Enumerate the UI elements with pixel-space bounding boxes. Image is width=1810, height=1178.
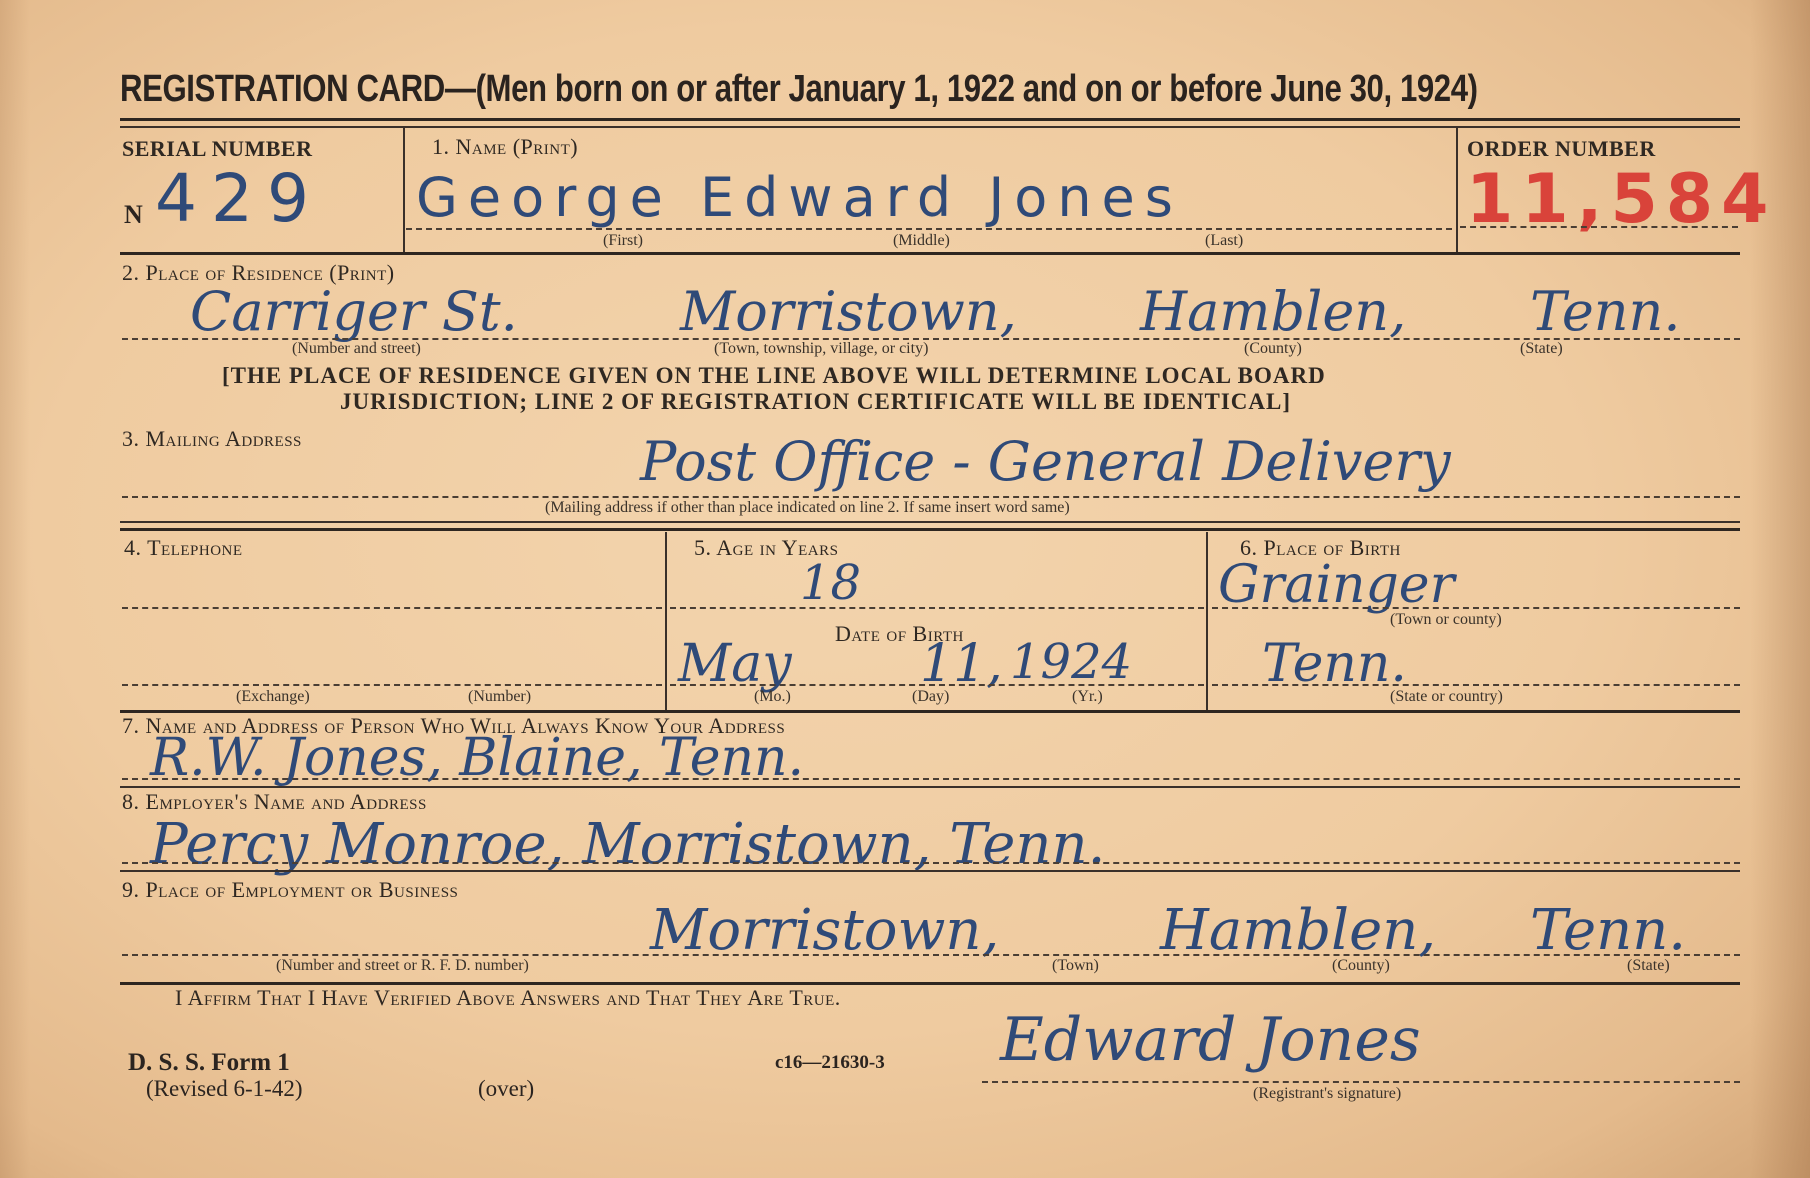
signature-line xyxy=(982,1081,1740,1083)
age-value: 18 xyxy=(800,555,861,611)
serial-number-label: SERIAL NUMBER xyxy=(122,136,312,162)
residence-street: Carriger St. xyxy=(190,280,518,343)
top-rule xyxy=(120,118,1740,121)
residence-state: Tenn. xyxy=(1530,280,1681,343)
employment-place-label: 9. Place of Employment or Business xyxy=(122,877,458,903)
row7-bottom-rule xyxy=(120,786,1740,788)
form-number: D. S. S. Form 1 xyxy=(128,1049,290,1077)
order-line xyxy=(1460,226,1738,228)
residence-county-sublabel: (County) xyxy=(1244,340,1302,358)
dob-day-sublabel: (Day) xyxy=(912,688,949,706)
residence-county: Hamblen, xyxy=(1140,280,1406,343)
name-line xyxy=(406,228,1452,230)
birthplace-state-sublabel: (State or country) xyxy=(1390,688,1503,706)
birthplace-town-line xyxy=(1212,607,1740,609)
divider-age-birthplace xyxy=(1206,532,1208,710)
employment-county-sublabel: (County) xyxy=(1332,957,1390,975)
over-note: (over) xyxy=(478,1076,534,1102)
telephone-line-2 xyxy=(122,684,662,686)
card-edge-shadow-left xyxy=(0,0,30,1178)
name-first-sublabel: (First) xyxy=(603,232,643,250)
residence-town-sublabel: (Town, township, village, or city) xyxy=(714,340,928,358)
serial-number-value: 429 xyxy=(155,160,323,237)
birthplace-town: Grainger xyxy=(1218,555,1454,615)
residence-notice-line1: [THE PLACE OF RESIDENCE GIVEN ON THE LIN… xyxy=(222,363,1326,389)
employer-value: Percy Monroe, Morristown, Tenn. xyxy=(150,812,1105,877)
residence-state-sublabel: (State) xyxy=(1520,340,1563,358)
dob-month-sublabel: (Mo.) xyxy=(754,688,791,706)
divider-name-order xyxy=(1456,128,1458,252)
divider-phone-age xyxy=(665,532,667,710)
age-line xyxy=(670,607,1204,609)
residence-street-sublabel: (Number and street) xyxy=(292,340,421,358)
telephone-exchange-sublabel: (Exchange) xyxy=(236,688,310,706)
affirmation-text: I Affirm That I Have Verified Above Answ… xyxy=(175,985,841,1011)
signature-sublabel: (Registrant's signature) xyxy=(1253,1085,1401,1103)
dob-year: 1924 xyxy=(1010,634,1132,690)
print-code: c16—21630-3 xyxy=(775,1052,885,1074)
registrant-signature: Edward Jones xyxy=(1000,1005,1421,1075)
employment-street-sublabel: (Number and street or R. F. D. number) xyxy=(276,957,529,975)
name-middle-sublabel: (Middle) xyxy=(893,232,950,250)
mailing-address-label: 3. Mailing Address xyxy=(122,426,302,452)
order-number-label: ORDER NUMBER xyxy=(1467,136,1656,162)
serial-prefix: N xyxy=(124,200,143,230)
form-revised: (Revised 6-1-42) xyxy=(146,1076,303,1102)
employment-town-sublabel: (Town) xyxy=(1052,957,1099,975)
row3-rule-a xyxy=(120,521,1740,523)
card-title: REGISTRATION CARD—(Men born on or after … xyxy=(120,68,1478,111)
employment-state-sublabel: (State) xyxy=(1627,957,1670,975)
name-label: 1. Name (Print) xyxy=(432,134,578,160)
telephone-line-1 xyxy=(122,607,662,609)
divider-serial-name xyxy=(403,128,405,252)
row1-bottom-rule xyxy=(120,252,1740,255)
row3-rule-b xyxy=(120,528,1740,531)
mailing-sublabel: (Mailing address if other than place ind… xyxy=(545,499,1070,517)
employer-line xyxy=(122,862,1740,864)
mailing-address-value: Post Office - General Delivery xyxy=(640,430,1451,493)
telephone-label: 4. Telephone xyxy=(124,535,243,561)
dob-year-sublabel: (Yr.) xyxy=(1072,688,1103,706)
birthplace-town-sublabel: (Town or county) xyxy=(1390,611,1502,629)
contact-line xyxy=(122,778,1740,780)
registration-card: REGISTRATION CARD—(Men born on or after … xyxy=(0,0,1810,1178)
residence-notice-line2: JURISDICTION; LINE 2 OF REGISTRATION CER… xyxy=(340,389,1291,415)
mailing-line xyxy=(122,496,1740,498)
name-value: George Edward Jones xyxy=(416,166,1183,229)
telephone-number-sublabel: (Number) xyxy=(468,688,531,706)
dob-line xyxy=(670,684,1204,686)
employment-line xyxy=(122,954,1740,956)
row8-bottom-rule xyxy=(120,870,1740,872)
name-last-sublabel: (Last) xyxy=(1205,232,1243,250)
residence-town: Morristown, xyxy=(680,280,1017,343)
birthplace-state-line xyxy=(1212,684,1740,686)
top-rule-inner xyxy=(120,126,1740,128)
